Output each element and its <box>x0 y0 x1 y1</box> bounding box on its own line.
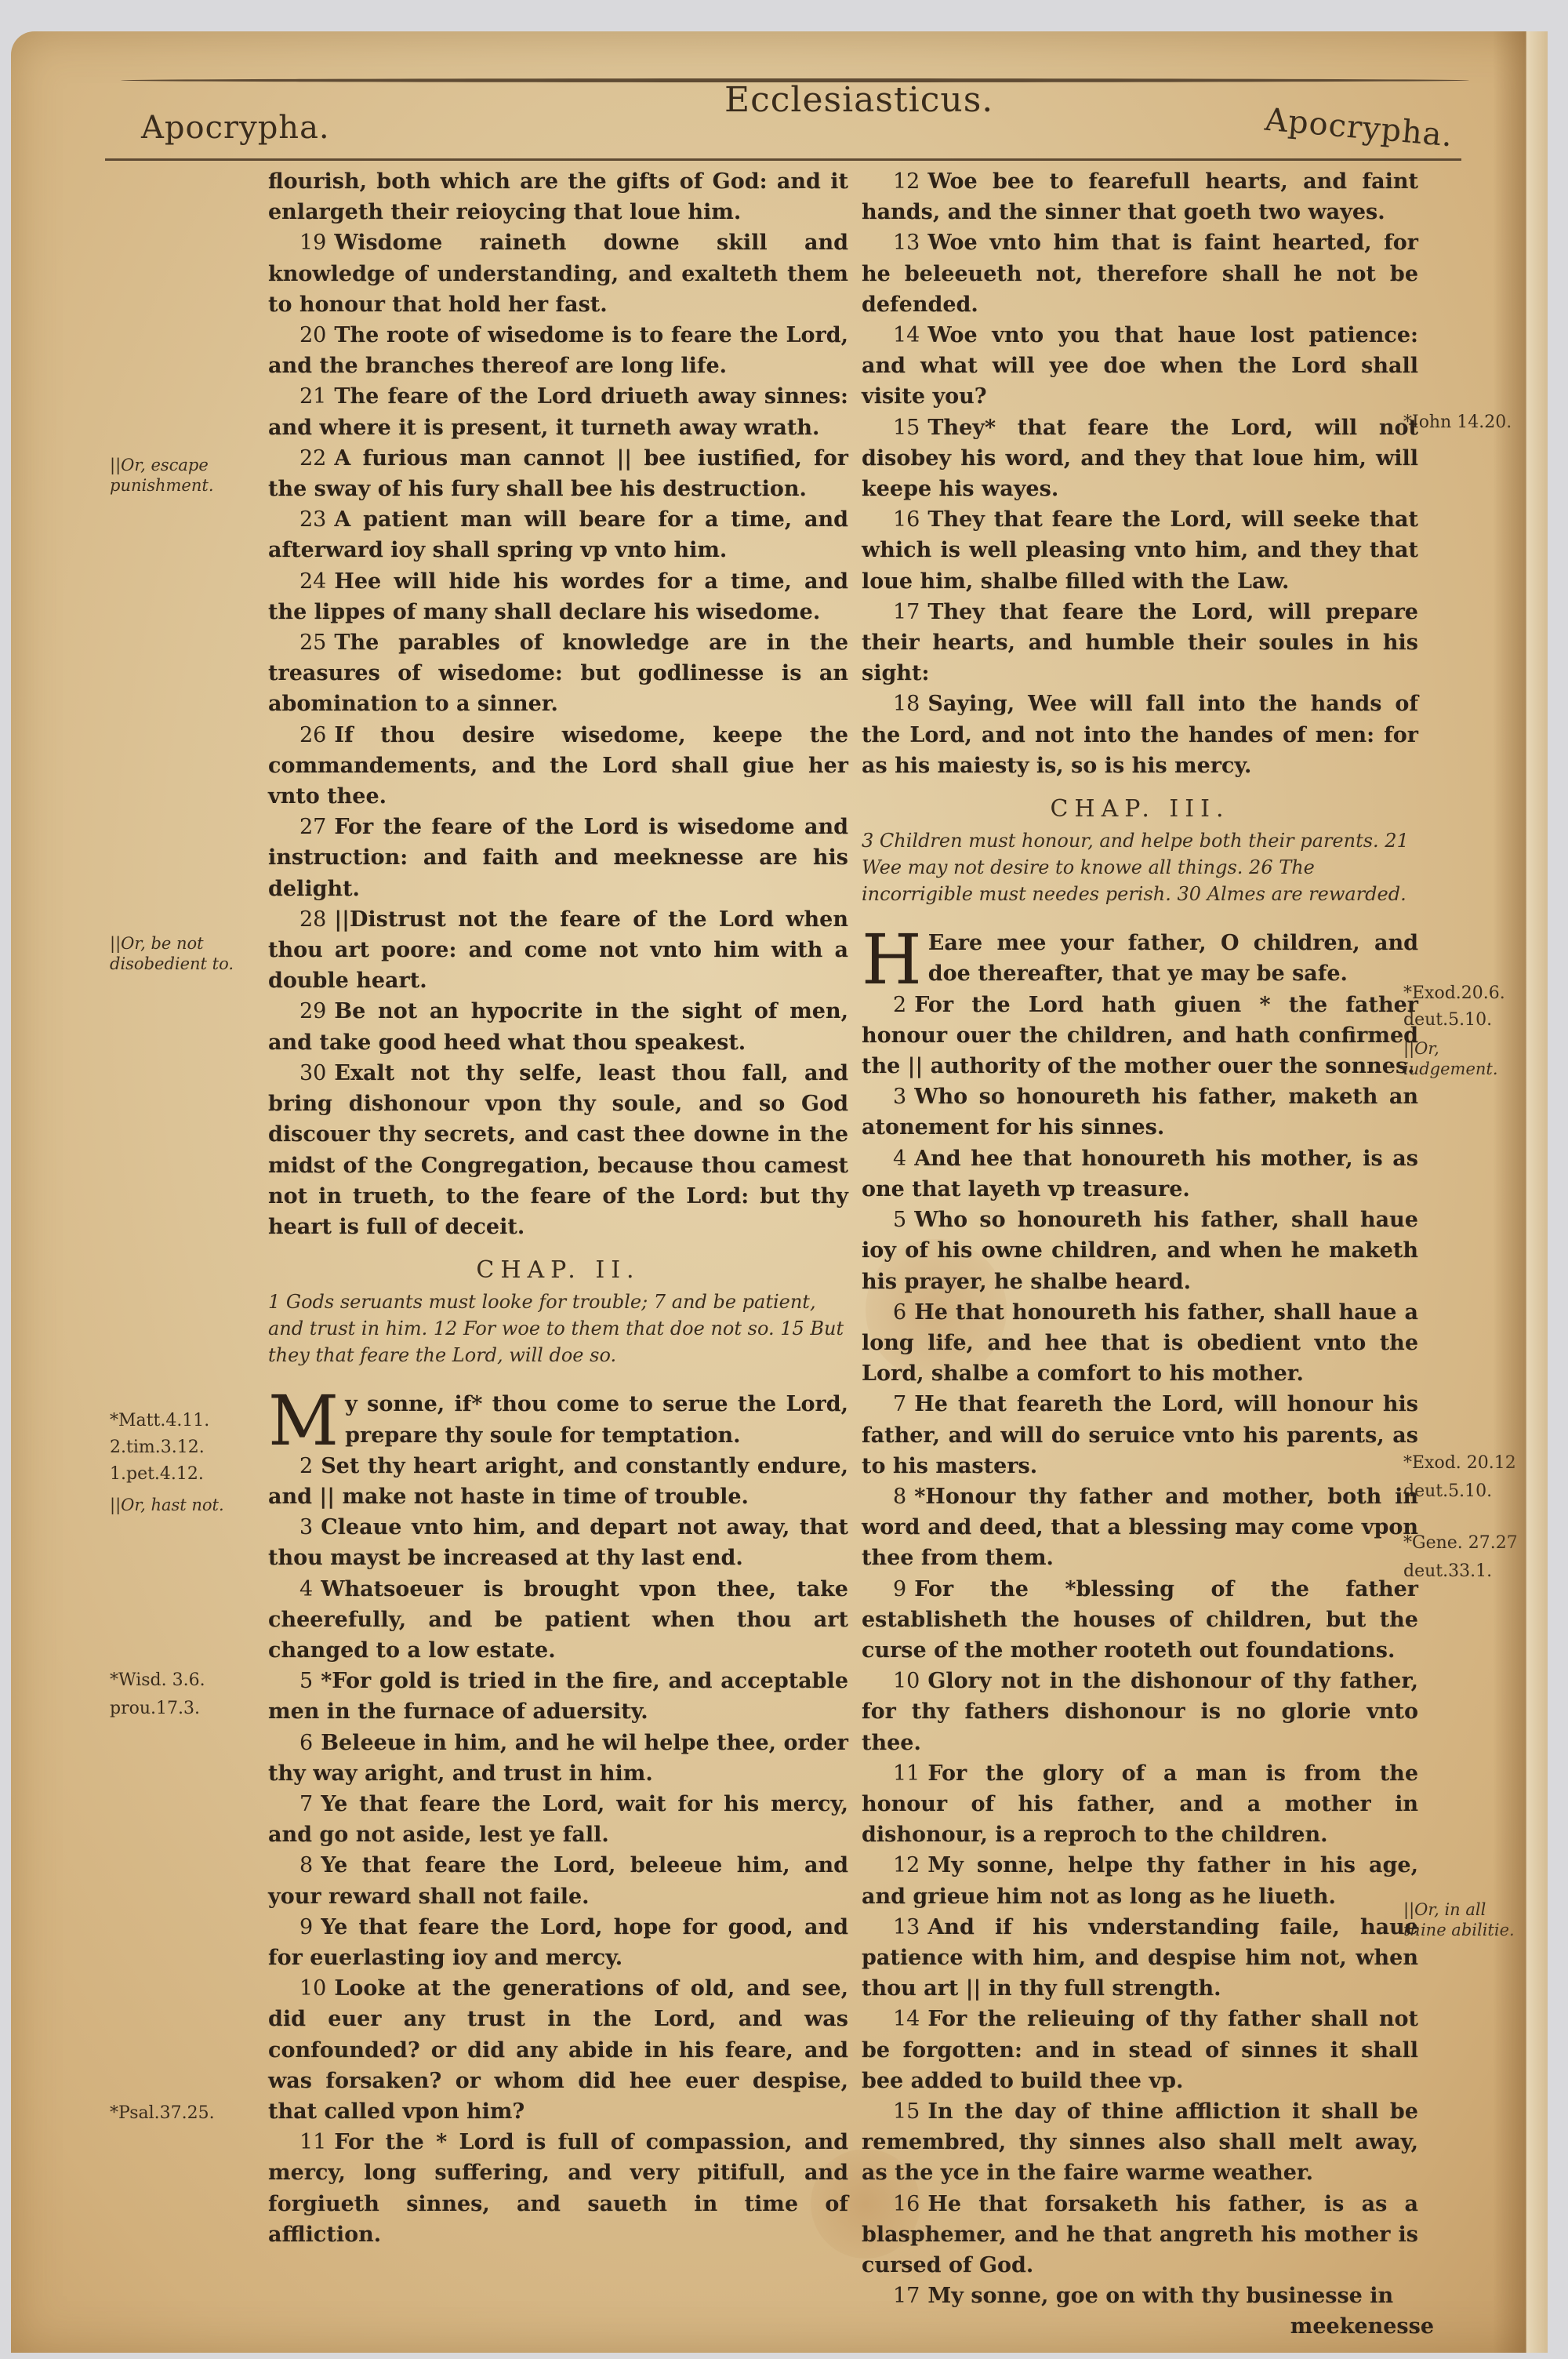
chapter-summary: 1 Gods seruants must looke for trouble; … <box>268 1289 848 1369</box>
verse: 14Woe vnto you that haue lost patience: … <box>862 320 1418 413</box>
verse-text: *Honour thy father and mother, both in w… <box>862 1485 1418 1570</box>
verse-text: Exalt not thy selfe, least thou fall, an… <box>268 1061 848 1239</box>
verse-text: My sonne, helpe thy father in his age, a… <box>862 1853 1418 1908</box>
chapter-heading: CHAP. II. <box>268 1255 848 1285</box>
running-head-title: Ecclesiasticus. <box>724 80 993 120</box>
verse-number: 7 <box>299 1792 313 1816</box>
verse-text: Ye that feare the Lord, beleeue him, and… <box>268 1853 848 1908</box>
verse-text: For the relieuing of thy father shall no… <box>862 2007 1418 2092</box>
verse-number: 12 <box>893 1853 920 1877</box>
verse: 29Be not an hypocrite in the sight of me… <box>268 996 848 1057</box>
verse-number: 25 <box>299 631 326 655</box>
verse-number: 14 <box>893 2007 920 2031</box>
verse-number: 3 <box>893 1085 906 1109</box>
verse-number: 2 <box>893 993 906 1017</box>
verse-text: Who so honoureth his father, maketh an a… <box>862 1085 1418 1140</box>
verse-number: 18 <box>893 692 920 716</box>
verse-number: 21 <box>299 384 326 409</box>
chapter-opening-verse: HEare mee your father, O children, and d… <box>862 928 1418 989</box>
verse-number: 4 <box>299 1577 313 1601</box>
verse-number: 2 <box>299 1454 313 1478</box>
verse-number: 17 <box>893 600 920 624</box>
verse-number: 5 <box>893 1208 906 1232</box>
verse: 2Set thy heart aright, and constantly en… <box>268 1451 848 1512</box>
verse-number: 11 <box>299 2130 326 2154</box>
verse-text: Woe vnto you that haue lost patience: an… <box>862 323 1418 409</box>
running-head-left: Apocrypha. <box>141 110 330 146</box>
verse: 8*Honour thy father and mother, both in … <box>862 1481 1418 1574</box>
verse-number: 6 <box>893 1300 906 1325</box>
verse-text: Looke at the generations of old, and see… <box>268 1976 848 2124</box>
verse: 28||Distrust not the feare of the Lord w… <box>268 904 848 997</box>
verse-number: 11 <box>893 1761 920 1786</box>
verse: 7He that feareth the Lord, will honour h… <box>862 1389 1418 1481</box>
verse-number: 8 <box>893 1485 906 1509</box>
verse-number: 23 <box>299 507 326 532</box>
verse-text: Be not an hypocrite in the sight of men,… <box>268 999 848 1054</box>
verse: 10Looke at the generations of old, and s… <box>268 1973 848 2127</box>
verse-number: 29 <box>299 999 326 1023</box>
book-page: Apocrypha. Ecclesiasticus. Apocrypha. ||… <box>11 31 1548 2353</box>
verse-text: Set thy heart aright, and constantly end… <box>268 1454 848 1509</box>
margin-reference: *Psal.37.25. <box>110 2103 235 2124</box>
verse: 10Glory not in the dishonour of thy fath… <box>862 1666 1418 1758</box>
verse-text: For the Lord hath giuen * the father hon… <box>862 993 1418 1078</box>
verse-text: Woe bee to fearefull hearts, and faint h… <box>862 169 1418 224</box>
header-rule-bottom <box>105 158 1461 161</box>
verse: 18Saying, Wee will fall into the hands o… <box>862 689 1418 781</box>
verse-text: And hee that honoureth his mother, is as… <box>862 1147 1418 1201</box>
verse: 27For the feare of the Lord is wisedome … <box>268 812 848 904</box>
verse: 12Woe bee to fearefull hearts, and faint… <box>862 166 1418 227</box>
verse-text: Woe vnto him that is faint hearted, for … <box>862 231 1418 316</box>
verse-text: *For gold is tried in the fire, and acce… <box>268 1669 848 1724</box>
verse: 30Exalt not thy selfe, least thou fall, … <box>268 1058 848 1242</box>
right-column: 12Woe bee to fearefull hearts, and faint… <box>862 166 1418 2343</box>
margin-note: ||Or, iudgement. <box>1403 1038 1529 1079</box>
verse-number: 17 <box>893 2284 920 2308</box>
verse-text: A furious man cannot || bee iustified, f… <box>268 446 848 501</box>
verse-text: Who so honoureth his father, shall haue … <box>862 1208 1418 1293</box>
verse: 20The roote of wisedome is to feare the … <box>268 320 848 381</box>
verse-number: 13 <box>893 231 920 255</box>
verse-text: Hee will hide his wordes for a time, and… <box>268 569 848 624</box>
verse-number: 9 <box>893 1577 906 1601</box>
verse-number: 16 <box>893 2192 920 2216</box>
verse: 12My sonne, helpe thy father in his age,… <box>862 1850 1418 1911</box>
verse-number: 6 <box>299 1731 313 1755</box>
verse-number: 20 <box>299 323 326 347</box>
chapter-opening-verse: My sonne, if* thou come to serue the Lor… <box>268 1389 848 1450</box>
verse-text: My sonne, goe on with thy businesse in <box>927 2284 1393 2308</box>
verse-text: The roote of wisedome is to feare the Lo… <box>268 323 848 378</box>
verse: 19Wisdome raineth downe skill and knowle… <box>268 227 848 320</box>
verse: 16He that forsaketh his father, is as a … <box>862 2189 1418 2281</box>
verse-text: Ye that feare the Lord, hope for good, a… <box>268 1915 848 1970</box>
drop-cap: M <box>268 1392 339 1450</box>
verse: 25The parables of knowledge are in the t… <box>268 627 848 720</box>
verse-number: 15 <box>893 416 920 440</box>
verse-number: 28 <box>299 907 326 932</box>
verse: 13Woe vnto him that is faint hearted, fo… <box>862 227 1418 320</box>
verse: 16They that feare the Lord, will seeke t… <box>862 504 1418 597</box>
verse-number: 8 <box>299 1853 313 1877</box>
verse: 5Who so honoureth his father, shall haue… <box>862 1205 1418 1297</box>
verse-text: Whatsoeuer is brought vpon thee, take ch… <box>268 1577 848 1663</box>
verse: 7Ye that feare the Lord, wait for his me… <box>268 1789 848 1850</box>
verse: 13And if his vnderstanding faile, haue p… <box>862 1912 1418 2005</box>
margin-reference: *Wisd. 3.6. prou.17.3. <box>110 1667 220 1723</box>
verse-number: 5 <box>299 1669 313 1693</box>
drop-cap: H <box>862 931 922 989</box>
verse-number: 19 <box>299 231 326 255</box>
verse-text: And if his vnderstanding faile, haue pat… <box>862 1915 1418 2001</box>
catchword: meekenesse <box>862 2311 1434 2342</box>
verse: 24Hee will hide his wordes for a time, a… <box>268 566 848 627</box>
verse-text: The feare of the Lord driueth away sinne… <box>268 384 848 439</box>
verse: 3Cleaue vnto him, and depart not away, t… <box>268 1512 848 1573</box>
margin-reference: *Gene. 27.27 deut.33.1. <box>1403 1529 1521 1586</box>
verse-text: ||Distrust not the feare of the Lord whe… <box>268 907 848 993</box>
margin-reference: *Iohn 14.20. <box>1403 413 1529 433</box>
verse-text: Ye that feare the Lord, wait for his mer… <box>268 1792 848 1847</box>
verse-number: 15 <box>893 2099 920 2124</box>
verse-number: 4 <box>893 1147 906 1171</box>
verse: 6Beleeue in him, and he wil helpe thee, … <box>268 1728 848 1789</box>
margin-note: ||Or, escape punishment. <box>110 455 235 496</box>
verse-text: A patient man will beare for a time, and… <box>268 507 848 562</box>
verse: 14For the relieuing of thy father shall … <box>862 2004 1418 2096</box>
verse-text: They* that feare the Lord, will not diso… <box>862 416 1418 501</box>
verse-number: 30 <box>299 1061 326 1085</box>
verse: 9For the *blessing of the father establi… <box>862 1574 1418 1667</box>
verse-number: 16 <box>893 507 920 532</box>
verse: 11For the * Lord is full of compassion, … <box>268 2127 848 2250</box>
verse: 8Ye that feare the Lord, beleeue him, an… <box>268 1850 848 1911</box>
verse: 23A patient man will beare for a time, a… <box>268 504 848 565</box>
verse-number: 3 <box>299 1515 313 1539</box>
verse: 11For the glory of a man is from the hon… <box>862 1758 1418 1851</box>
verse-text: If thou desire wisedome, keepe the comma… <box>268 723 848 809</box>
verse: 6He that honoureth his father, shall hau… <box>862 1297 1418 1390</box>
verse-text: For the glory of a man is from the honou… <box>862 1761 1418 1847</box>
verse-number: 9 <box>299 1915 313 1939</box>
verse: 9Ye that feare the Lord, hope for good, … <box>268 1912 848 1973</box>
verse-number: 13 <box>893 1915 920 1939</box>
verse-number: 26 <box>299 723 326 747</box>
verse: 21The feare of the Lord driueth away sin… <box>268 381 848 442</box>
verse-number: 10 <box>299 1976 326 2001</box>
verse-number: 7 <box>893 1392 906 1416</box>
verse: 5*For gold is tried in the fire, and acc… <box>268 1666 848 1727</box>
verse-text: He that forsaketh his father, is as a bl… <box>862 2192 1418 2277</box>
margin-note: ||Or, be not disobedient to. <box>110 933 235 974</box>
margin-reference: *Matt.4.11. 2.tim.3.12. 1.pet.4.12. <box>110 1408 227 1488</box>
verse-text: Beleeue in him, and he wil helpe thee, o… <box>268 1731 848 1786</box>
verse: 3Who so honoureth his father, maketh an … <box>862 1081 1418 1143</box>
chapter-heading: CHAP. III. <box>862 794 1418 824</box>
verse-text: Cleaue vnto him, and depart not away, th… <box>268 1515 848 1570</box>
margin-note: ||Or, in all thine abilitie. <box>1403 1899 1529 1940</box>
chapter-summary: 3 Children must honour, and helpe both t… <box>862 827 1418 907</box>
verse-text: Saying, Wee will fall into the hands of … <box>862 692 1418 777</box>
verse-text: He that feareth the Lord, will honour hi… <box>862 1392 1418 1478</box>
verse-carryover: flourish, both which are the gifts of Go… <box>268 166 848 227</box>
verse-text: For the * Lord is full of compassion, an… <box>268 2130 848 2247</box>
verse-text: They that feare the Lord, will seeke tha… <box>862 507 1418 593</box>
verse: 17They that feare the Lord, will prepare… <box>862 597 1418 689</box>
verse-number: 12 <box>893 169 920 194</box>
margin-note: ||Or, hast not. <box>110 1495 235 1515</box>
margin-reference: *Exod. 20.12 deut.5.10. <box>1403 1449 1521 1506</box>
verse: 15They* that feare the Lord, will not di… <box>862 413 1418 505</box>
verse: 4Whatsoeuer is brought vpon thee, take c… <box>268 1574 848 1667</box>
verse-text: In the day of thine affliction it shall … <box>862 2099 1418 2185</box>
verse-text: He that honoureth his father, shall haue… <box>862 1300 1418 1386</box>
verse-number: 14 <box>893 323 920 347</box>
verse-number: 22 <box>299 446 326 471</box>
verse: 17My sonne, goe on with thy businesse in <box>862 2281 1418 2311</box>
verse: 4And hee that honoureth his mother, is a… <box>862 1143 1418 1205</box>
verse-text: Glory not in the dishonour of thy father… <box>862 1669 1418 1754</box>
verse-text: The parables of knowledge are in the tre… <box>268 631 848 716</box>
left-column: flourish, both which are the gifts of Go… <box>268 166 848 2250</box>
margin-reference: *Exod.20.6. deut.5.10. <box>1403 980 1513 1034</box>
verse-text: For the feare of the Lord is wisedome an… <box>268 815 848 900</box>
verse-number: 10 <box>893 1669 920 1693</box>
verse: 26If thou desire wisedome, keepe the com… <box>268 720 848 812</box>
verse-text: They that feare the Lord, will prepare t… <box>862 600 1418 685</box>
running-head-right: Apocrypha. <box>1264 102 1455 154</box>
verse-number: 27 <box>299 815 326 839</box>
verse-text: Wisdome raineth downe skill and knowledg… <box>268 231 848 316</box>
verse: 22A furious man cannot || bee iustified,… <box>268 443 848 504</box>
verse-text: For the *blessing of the father establis… <box>862 1577 1418 1663</box>
verse: 2For the Lord hath giuen * the father ho… <box>862 990 1418 1082</box>
verse: 15In the day of thine affliction it shal… <box>862 2096 1418 2189</box>
verse-number: 24 <box>299 569 326 594</box>
